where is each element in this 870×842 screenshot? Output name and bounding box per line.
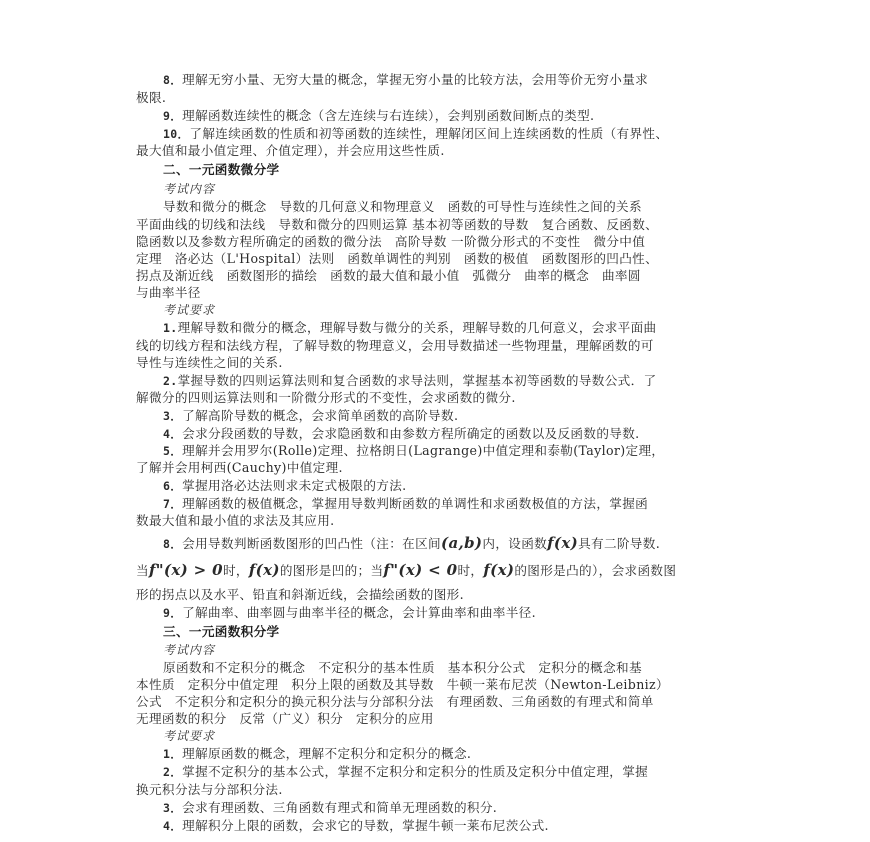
section-2-content-line: 定理 洛必达（L'Hospital）法则 函数单调性的判别 函数的极值 函数图形… [136,251,658,267]
section-3-content-line: 无理函数的积分 反常（广义）积分 定积分的应用 [136,711,434,727]
s3-item-2: 2．掌握不定积分的基本公式，掌握不定积分和定积分的性质及定积分中值定理，掌握 [163,764,648,780]
s2-item-8-cont: 形的拐点以及水平、铅直和斜渐近线，会描绘函数的图形. [136,587,464,603]
s2-item-2-cont: 解微分的四则运算法则和一阶微分形式的不变性，会求函数的微分. [136,390,516,406]
item-10-line: 10．了解连续函数的性质和初等函数的连续性，理解闭区间上连续函数的性质（有界性、 [163,126,668,142]
s2-item-1-cont: 线的切线方程和法线方程，了解导数的物理意义，会用导数描述一些物理量，理解函数的可 [136,338,654,354]
section-3-req-label: 考试要求 [163,728,215,744]
document-page: 8．理解无穷小量、无穷大量的概念，掌握无穷小量的比较方法，会用等价无穷小量求 极… [0,0,870,842]
s2-item-6: 6．掌握用洛必达法则求未定式极限的方法. [163,478,407,494]
s2-item-8: 8．会用导数判断函数图形的凹凸性（注：在区间(a,b)内，设函数f(x)具有二阶… [163,535,660,552]
s2-item-7-cont: 数最大值和最小值的求法及其应用. [136,513,335,529]
section-3-content-line: 原函数和不定积分的概念 不定积分的基本性质 基本积分公式 定积分的概念和基 [163,660,642,676]
section-2-content-label: 考试内容 [163,181,215,197]
section-3-content-line: 本性质 定积分中值定理 积分上限的函数及其导数 牛顿一莱布尼茨（Newton-L… [136,677,669,693]
item-number: 9． [163,109,182,123]
s2-item-8-cont: 当f"(x) > 0时，f(x)的图形是凹的；当f"(x) < 0时，f(x)的… [136,562,676,579]
item-number: 10． [163,127,189,141]
item-number: 8． [163,73,182,87]
s3-item-2-cont: 换元积分法与分部积分法. [136,782,283,798]
item-9-line: 9．理解函数连续性的概念（含左连续与右连续），会判别函数间断点的类型. [163,108,594,124]
section-2-content-line: 平面曲线的切线和法线 导数和微分的四则运算 基本初等函数的导数 复合函数、反函数… [136,217,658,233]
item-8-line: 8．理解无穷小量、无穷大量的概念，掌握无穷小量的比较方法，会用等价无穷小量求 [163,72,648,88]
section-3-heading: 三、一元函数积分学 [163,624,280,640]
s3-item-1: 1．理解原函数的概念，理解不定积分和定积分的概念. [163,746,471,762]
item-10-line-cont: 最大值和最小值定理、介值定理），并会应用这些性质. [136,143,445,159]
s3-item-3: 3．会求有理函数、三角函数有理式和简单无理函数的积分. [163,800,497,816]
s2-item-7: 7．理解函数的极值概念，掌握用导数判断函数的单调性和求函数极值的方法，掌握函 [163,496,648,512]
math-fx: f(x) [547,534,578,552]
s2-item-1-cont: 导性与连续性之间的关系. [136,355,283,371]
s2-item-4: 4．会求分段函数的导数，会求隐函数和由参数方程所确定的函数以及反函数的导数. [163,426,640,442]
section-2-req-label: 考试要求 [163,302,215,318]
section-2-heading: 二、一元函数微分学 [163,162,280,178]
s2-item-5: 5．理解并会用罗尔(Rolle)定理、拉格朗日(Lagrange)中值定理和泰勒… [163,443,664,459]
s2-item-2: 2.掌握导数的四则运算法则和复合函数的求导法则，掌握基本初等函数的导数公式．了 [163,373,656,389]
section-2-content-line: 隐函数以及参数方程所确定的函数的微分法 高阶导数 一阶微分形式的不变性 微分中值 [136,234,645,250]
s2-item-1: 1.理解导数和微分的概念，理解导数与微分的关系，理解导数的几何意义，会求平面曲 [163,320,656,336]
item-8-line-cont: 极限. [136,90,166,106]
math-second-derivative-negative: f"(x) < 0 [383,561,457,579]
section-2-content-line: 导数和微分的概念 导数的几何意义和物理意义 函数的可导性与连续性之间的关系 [163,199,642,215]
s2-item-3: 3．了解高阶导数的概念，会求简单函数的高阶导数. [163,408,458,424]
math-interval: (a,b) [441,534,482,552]
s2-item-9: 9．了解曲率、曲率圆与曲率半径的概念，会计算曲率和曲率半径. [163,605,536,621]
math-second-derivative-positive: f"(x) > 0 [149,561,223,579]
s3-item-4: 4．理解积分上限的函数，会求它的导数，掌握牛顿一莱布尼茨公式. [163,818,549,834]
section-3-content-line: 公式 不定积分和定积分的换元积分法与分部积分法 有理函数、三角函数的有理式和简单 [136,694,654,710]
section-2-content-line: 与曲率半径 [136,285,201,301]
section-3-content-label: 考试内容 [163,642,215,658]
s2-item-5-cont: 了解并会用柯西(Cauchy)中值定理. [136,460,343,476]
section-2-content-line: 拐点及渐近线 函数图形的描绘 函数的最大值和最小值 弧微分 曲率的概念 曲率圆 [136,268,641,284]
